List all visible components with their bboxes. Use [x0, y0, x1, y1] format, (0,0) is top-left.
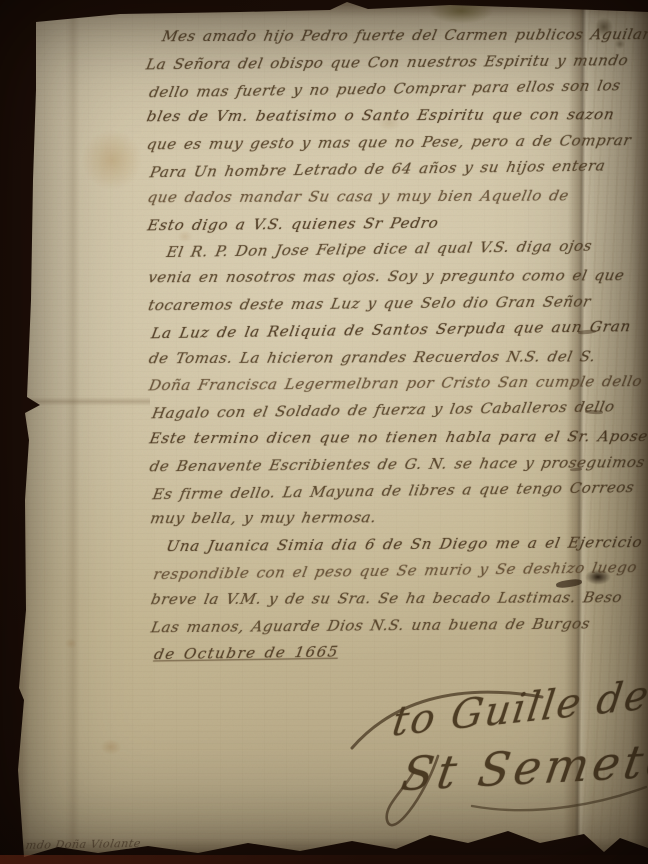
handwritten-line: que dados mandar Su casa y muy bien Aque… [144, 186, 627, 215]
stain [96, 736, 126, 758]
handwritten-line: Para Un hombre Letrado de 64 años y su h… [147, 156, 630, 190]
stain [62, 636, 80, 651]
handwritten-line: respondible con el peso que Se murio y S… [150, 558, 633, 592]
handwritten-line: Mes amado hijo Pedro fuerte del Carmen p… [143, 25, 626, 54]
handwriting-block: Mes amado hijo Pedro fuerte del Carmen p… [145, 24, 629, 671]
photo-background: Mes amado hijo Pedro fuerte del Carmen p… [0, 0, 648, 864]
horizontal-fold-mark [20, 397, 150, 406]
signature-line-2: St Semete [398, 733, 648, 802]
paper-edge-shadow-left [0, 0, 30, 864]
handwritten-line: bles de Vm. beatisimo o Santo Espiritu q… [144, 105, 627, 134]
paper-edge-shadow-top [0, 0, 648, 18]
manuscript-page: Mes amado hijo Pedro fuerte del Carmen p… [0, 0, 648, 864]
stain [418, 0, 504, 28]
handwritten-line: de Tomas. La hicieron grandes Recuerdos … [146, 346, 629, 375]
stain [70, 118, 154, 202]
handwritten-line: muy bella, y muy hermosa. [147, 507, 630, 536]
signature-line-1: to Guille de [389, 672, 648, 746]
handwritten-line: de Octubre de 1665 [151, 639, 634, 673]
handwritten-line: Este termino dicen que no tienen habla p… [146, 427, 629, 456]
handwritten-line: breve la V.M. y de su Sra. Se ha becado … [148, 588, 631, 617]
handwritten-line: venia en nosotros mas ojos. Soy y pregun… [145, 266, 628, 295]
archival-annotation: mdo Doña Violante [25, 837, 142, 852]
left-chain-line [66, 0, 80, 864]
